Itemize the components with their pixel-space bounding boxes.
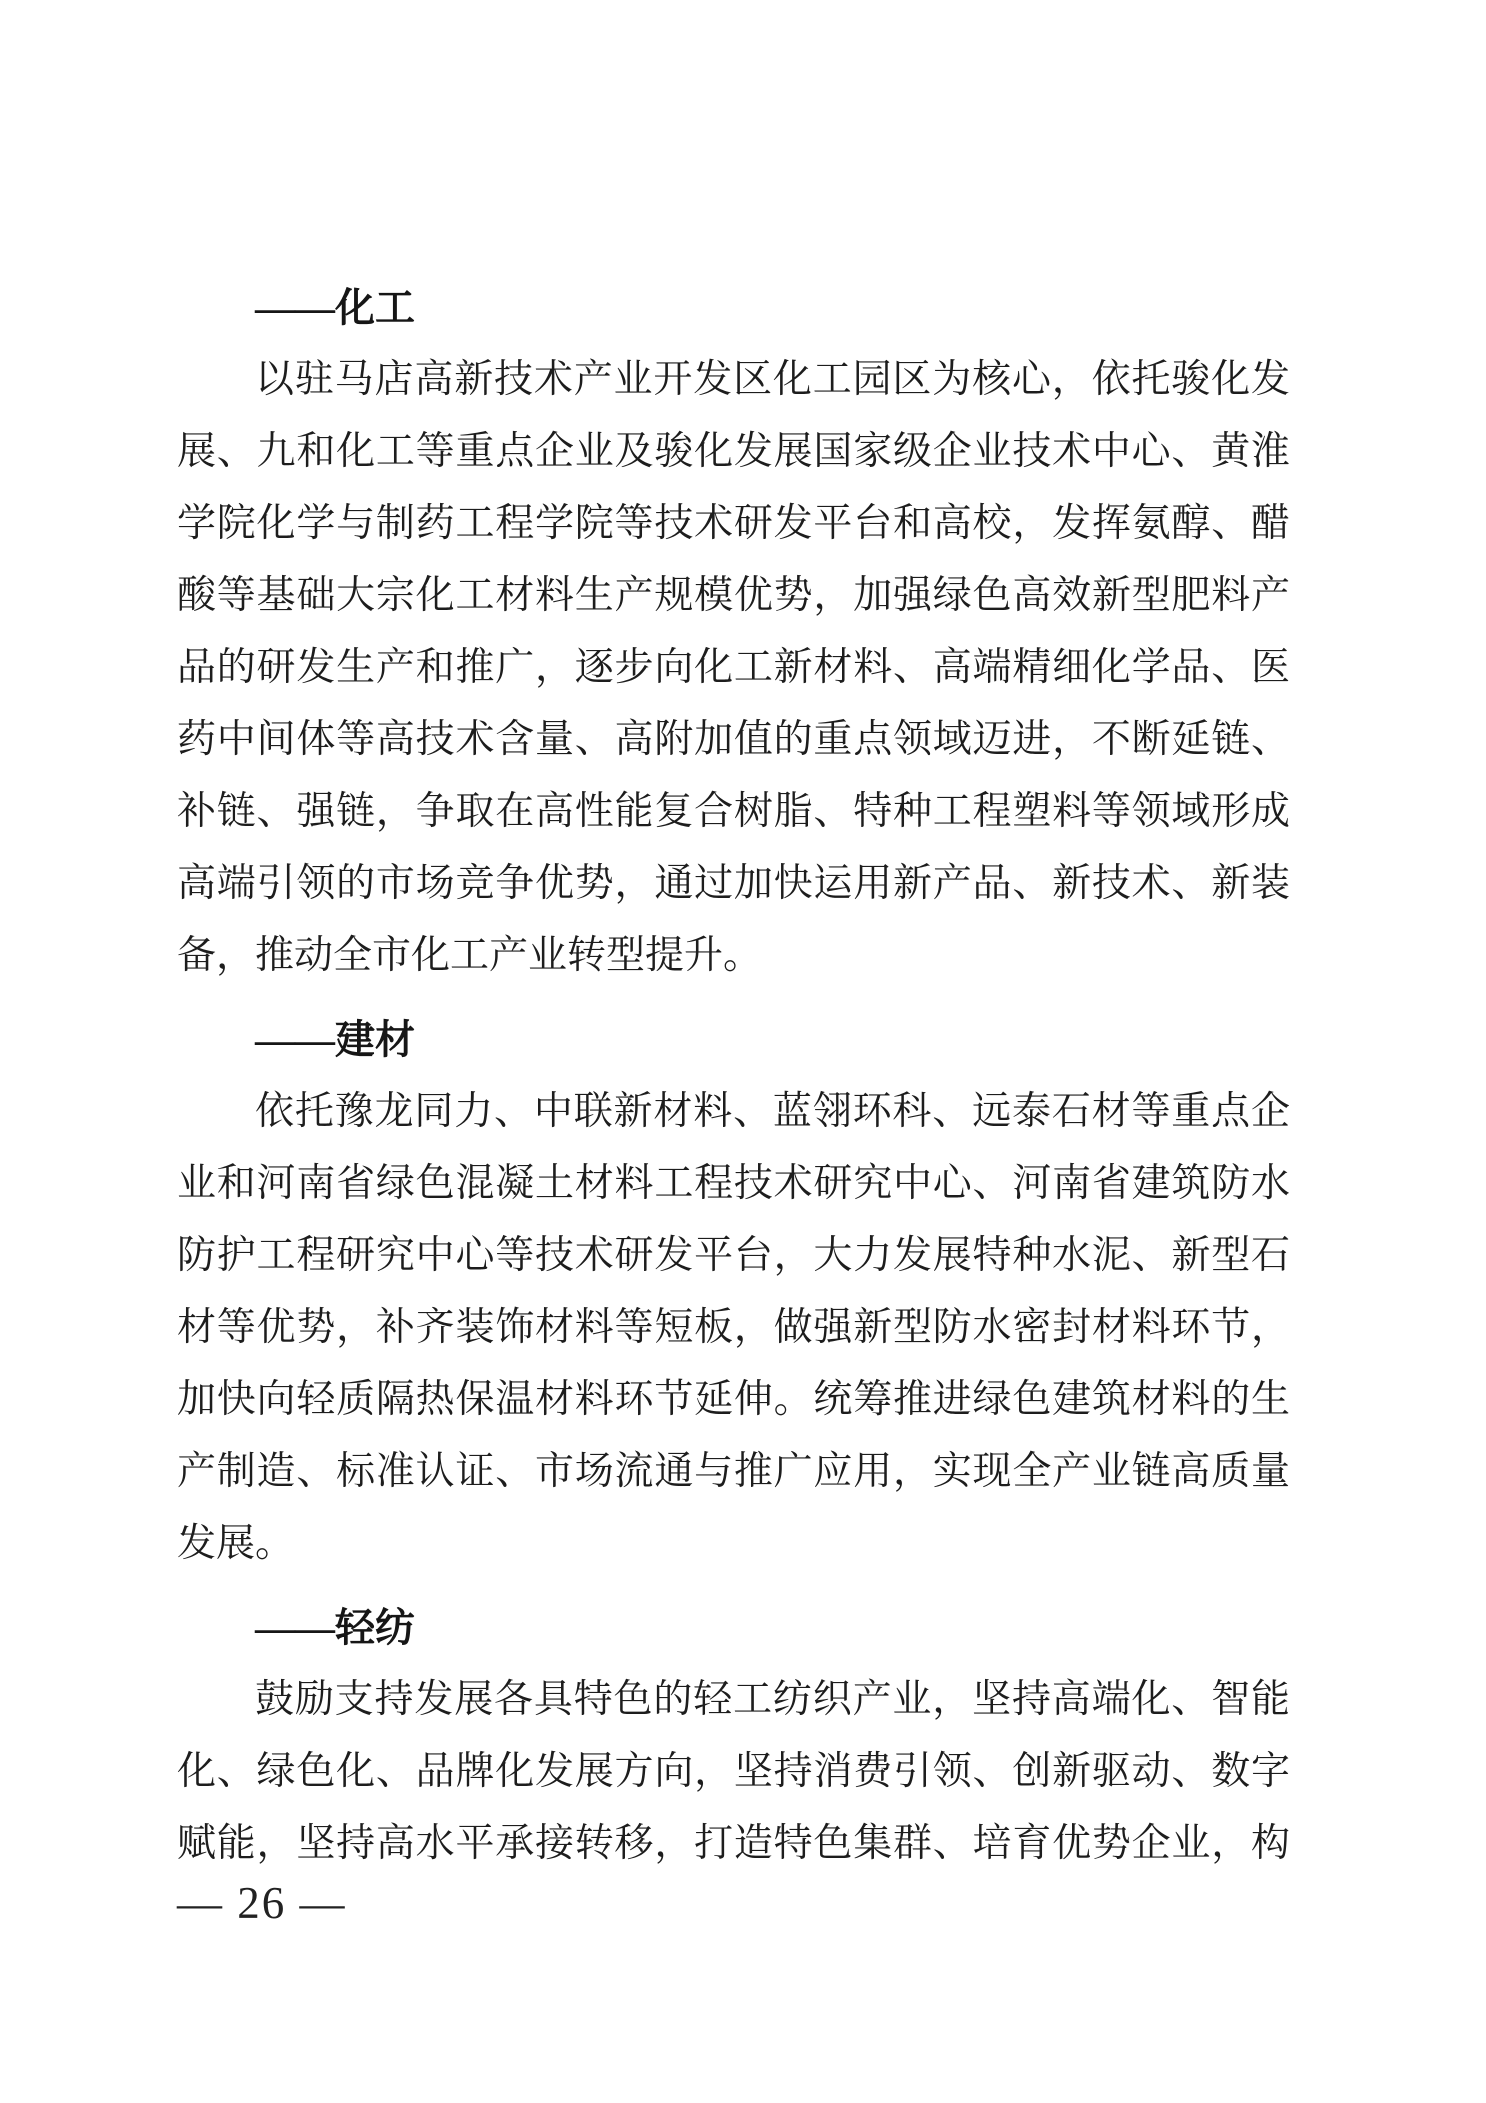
text-line: 鼓励支持发展各具特色的轻工纺织产业，坚持高端化、智能 — [177, 1664, 1290, 1736]
text-line: 展、九和化工等重点企业及骏化发展国家级企业技术中心、黄淮 — [177, 416, 1290, 488]
text-line: 备，推动全市化工产业转型提升。 — [177, 920, 1290, 992]
paragraph: 以驻马店高新技术产业开发区化工园区为核心，依托骏化发展、九和化工等重点企业及骏化… — [177, 344, 1290, 992]
text-line: 依托豫龙同力、中联新材料、蓝翎环科、远泰石材等重点企 — [177, 1076, 1290, 1148]
text-line: 学院化学与制药工程学院等技术研发平台和高校，发挥氨醇、醋 — [177, 488, 1290, 560]
section-heading: ——轻纺 — [177, 1592, 1290, 1664]
section: ——轻纺 鼓励支持发展各具特色的轻工纺织产业，坚持高端化、智能化、绿色化、品牌化… — [177, 1592, 1290, 1880]
section: ——建材 依托豫龙同力、中联新材料、蓝翎环科、远泰石材等重点企业和河南省绿色混凝… — [177, 1004, 1290, 1580]
text-line: 药中间体等高技术含量、高附加值的重点领域迈进，不断延链、 — [177, 704, 1290, 776]
text-line: 高端引领的市场竞争优势，通过加快运用新产品、新技术、新装 — [177, 848, 1290, 920]
text-line: 赋能，坚持高水平承接转移，打造特色集群、培育优势企业，构 — [177, 1808, 1290, 1880]
document-body: ——化工 以驻马店高新技术产业开发区化工园区为核心，依托骏化发展、九和化工等重点… — [177, 260, 1290, 1880]
text-line: 酸等基础大宗化工材料生产规模优势，加强绿色高效新型肥料产 — [177, 560, 1290, 632]
text-line: 加快向轻质隔热保温材料环节延伸。统筹推进绿色建筑材料的生 — [177, 1364, 1290, 1436]
text-line: 品的研发生产和推广，逐步向化工新材料、高端精细化学品、医 — [177, 632, 1290, 704]
text-line: 化、绿色化、品牌化发展方向，坚持消费引领、创新驱动、数字 — [177, 1736, 1290, 1808]
text-line: 材等优势，补齐装饰材料等短板，做强新型防水密封材料环节， — [177, 1292, 1290, 1364]
page-number: — 26 — — [177, 1878, 347, 1928]
document-page: ——化工 以驻马店高新技术产业开发区化工园区为核心，依托骏化发展、九和化工等重点… — [0, 0, 1486, 2103]
text-line: 产制造、标准认证、市场流通与推广应用，实现全产业链高质量 — [177, 1436, 1290, 1508]
text-line: 补链、强链，争取在高性能复合树脂、特种工程塑料等领域形成 — [177, 776, 1290, 848]
section: ——化工 以驻马店高新技术产业开发区化工园区为核心，依托骏化发展、九和化工等重点… — [177, 272, 1290, 992]
paragraph: 依托豫龙同力、中联新材料、蓝翎环科、远泰石材等重点企业和河南省绿色混凝土材料工程… — [177, 1076, 1290, 1580]
text-line: 防护工程研究中心等技术研发平台，大力发展特种水泥、新型石 — [177, 1220, 1290, 1292]
paragraph: 鼓励支持发展各具特色的轻工纺织产业，坚持高端化、智能化、绿色化、品牌化发展方向，… — [177, 1664, 1290, 1880]
section-heading: ——化工 — [177, 272, 1290, 344]
text-line: 以驻马店高新技术产业开发区化工园区为核心，依托骏化发 — [177, 344, 1290, 416]
section-heading: ——建材 — [177, 1004, 1290, 1076]
text-line: 业和河南省绿色混凝土材料工程技术研究中心、河南省建筑防水 — [177, 1148, 1290, 1220]
text-line: 发展。 — [177, 1508, 1290, 1580]
page-footer: — 26 — — [177, 1876, 347, 1930]
